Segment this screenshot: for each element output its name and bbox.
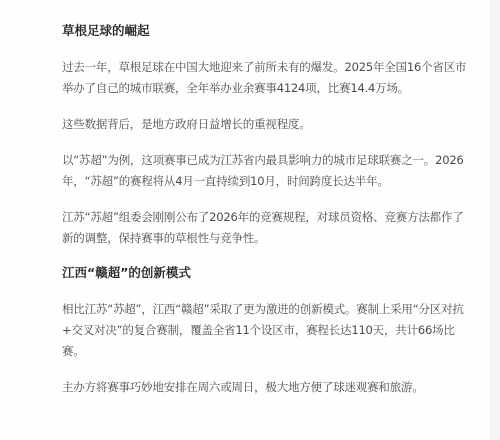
paragraph-5: 相比江苏“苏超”，江西“赣超”采取了更为激进的创新模式。赛制上采用“分区对抗+交… xyxy=(62,299,474,362)
article-body: 草根足球的崛起 过去一年，草根足球在中国大地迎来了前所未有的爆发。2025年全国… xyxy=(62,22,474,398)
paragraph-6: 主办方将赛事巧妙地安排在周六或周日，极大地方便了球迷观赛和旅游。 xyxy=(62,377,474,398)
paragraph-3: 以“苏超”为例，这项赛事已成为江苏省内最具影响力的城市足球联赛之一。2026年，… xyxy=(62,150,474,192)
side-panel-strip xyxy=(490,0,500,440)
paragraph-2: 这些数据背后，是地方政府日益增长的重视程度。 xyxy=(62,114,474,135)
paragraph-1: 过去一年，草根足球在中国大地迎来了前所未有的爆发。2025年全国16个省区市举办… xyxy=(62,57,474,99)
document-page: 草根足球的崛起 过去一年，草根足球在中国大地迎来了前所未有的爆发。2025年全国… xyxy=(0,0,490,440)
paragraph-4: 江苏“苏超”组委会刚刚公布了2026年的竞赛规程，对球员资格、竞赛方法都作了新的… xyxy=(62,207,474,249)
section-heading-grassroots: 草根足球的崛起 xyxy=(62,22,474,40)
section-heading-ganchao: 江西“赣超”的创新模式 xyxy=(62,264,474,282)
